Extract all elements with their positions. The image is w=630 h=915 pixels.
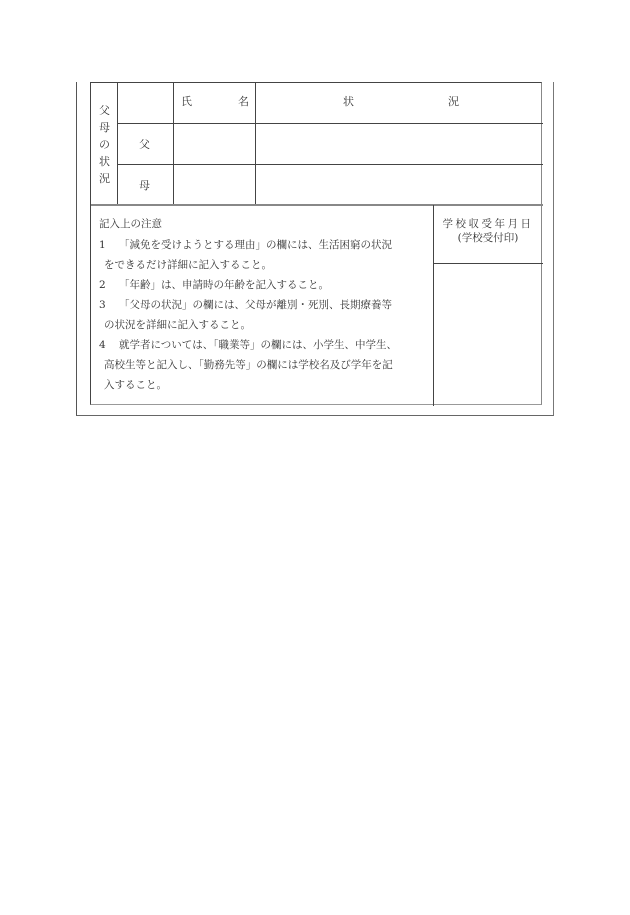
side-label-char: 況 [99, 170, 110, 187]
note-number: 4 [99, 335, 119, 355]
row-label-father: 父 [139, 139, 150, 150]
school-receipt-date-label: 学校収受年月日 [433, 217, 543, 231]
note-item-4: 4就学者については、「職業等」の欄には、小学生、中学生、 [99, 335, 435, 355]
note-text: 就学者については、「職業等」の欄には、小学生、中学生、 [119, 339, 397, 351]
note-item-1-cont: をできるだけ詳細に記入すること。 [99, 255, 435, 275]
side-label-char: の [99, 136, 110, 153]
note-number: 1 [99, 235, 119, 255]
note-item-3-cont: の状況を詳細に記入すること。 [99, 315, 435, 335]
note-text: 「年齢」は、申請時の年齢を記入すること。 [119, 279, 329, 291]
header-name-char-2: 名 [238, 96, 249, 107]
mother-name-field[interactable] [174, 165, 254, 203]
parents-status-side-label: 父 母 の 状 況 [91, 83, 118, 205]
side-label-char: 母 [99, 119, 110, 136]
note-item-3: 3「父母の状況」の欄には、父母が離別・死別、長期療養等 [99, 295, 435, 315]
note-item-2: 2「年齢」は、申請時の年齢を記入すること。 [99, 275, 435, 295]
note-item-4-cont: 入すること。 [99, 375, 435, 395]
note-number: 2 [99, 275, 119, 295]
header-status-char-2: 況 [448, 96, 459, 107]
entry-notes: 記入上の注意 1「減免を受けようとする理由」の欄には、生活困窮の状況 をできるだ… [99, 214, 435, 395]
application-form-table: 父 母 の 状 況 氏 名 状 況 父 母 記入上の注意 1「減免を受けようとす… [90, 82, 542, 405]
father-status-field[interactable] [256, 124, 542, 163]
note-item-1: 1「減免を受けようとする理由」の欄には、生活困窮の状況 [99, 235, 435, 255]
divider [91, 204, 543, 206]
header-name-char-1: 氏 [181, 96, 192, 107]
school-stamp-label: (学校受付印) [433, 231, 543, 245]
row-label-mother: 母 [139, 180, 150, 191]
mother-status-field[interactable] [256, 165, 542, 203]
notes-title: 記入上の注意 [99, 214, 435, 235]
school-stamp-area[interactable] [434, 264, 542, 405]
note-text: 「減免を受けようとする理由」の欄には、生活困窮の状況 [119, 239, 392, 251]
note-item-4-cont: 高校生等と記入し、「勤務先等」の欄には学校名及び学年を記 [99, 355, 435, 375]
side-label-char: 父 [99, 102, 110, 119]
note-number: 3 [99, 295, 119, 315]
note-text: 「父母の状況」の欄には、父母が離別・死別、長期療養等 [119, 299, 392, 311]
father-name-field[interactable] [174, 124, 254, 163]
header-status-char-1: 状 [343, 96, 354, 107]
school-receipt-label: 学校収受年月日 (学校受付印) [433, 217, 543, 245]
side-label-char: 状 [99, 153, 110, 170]
